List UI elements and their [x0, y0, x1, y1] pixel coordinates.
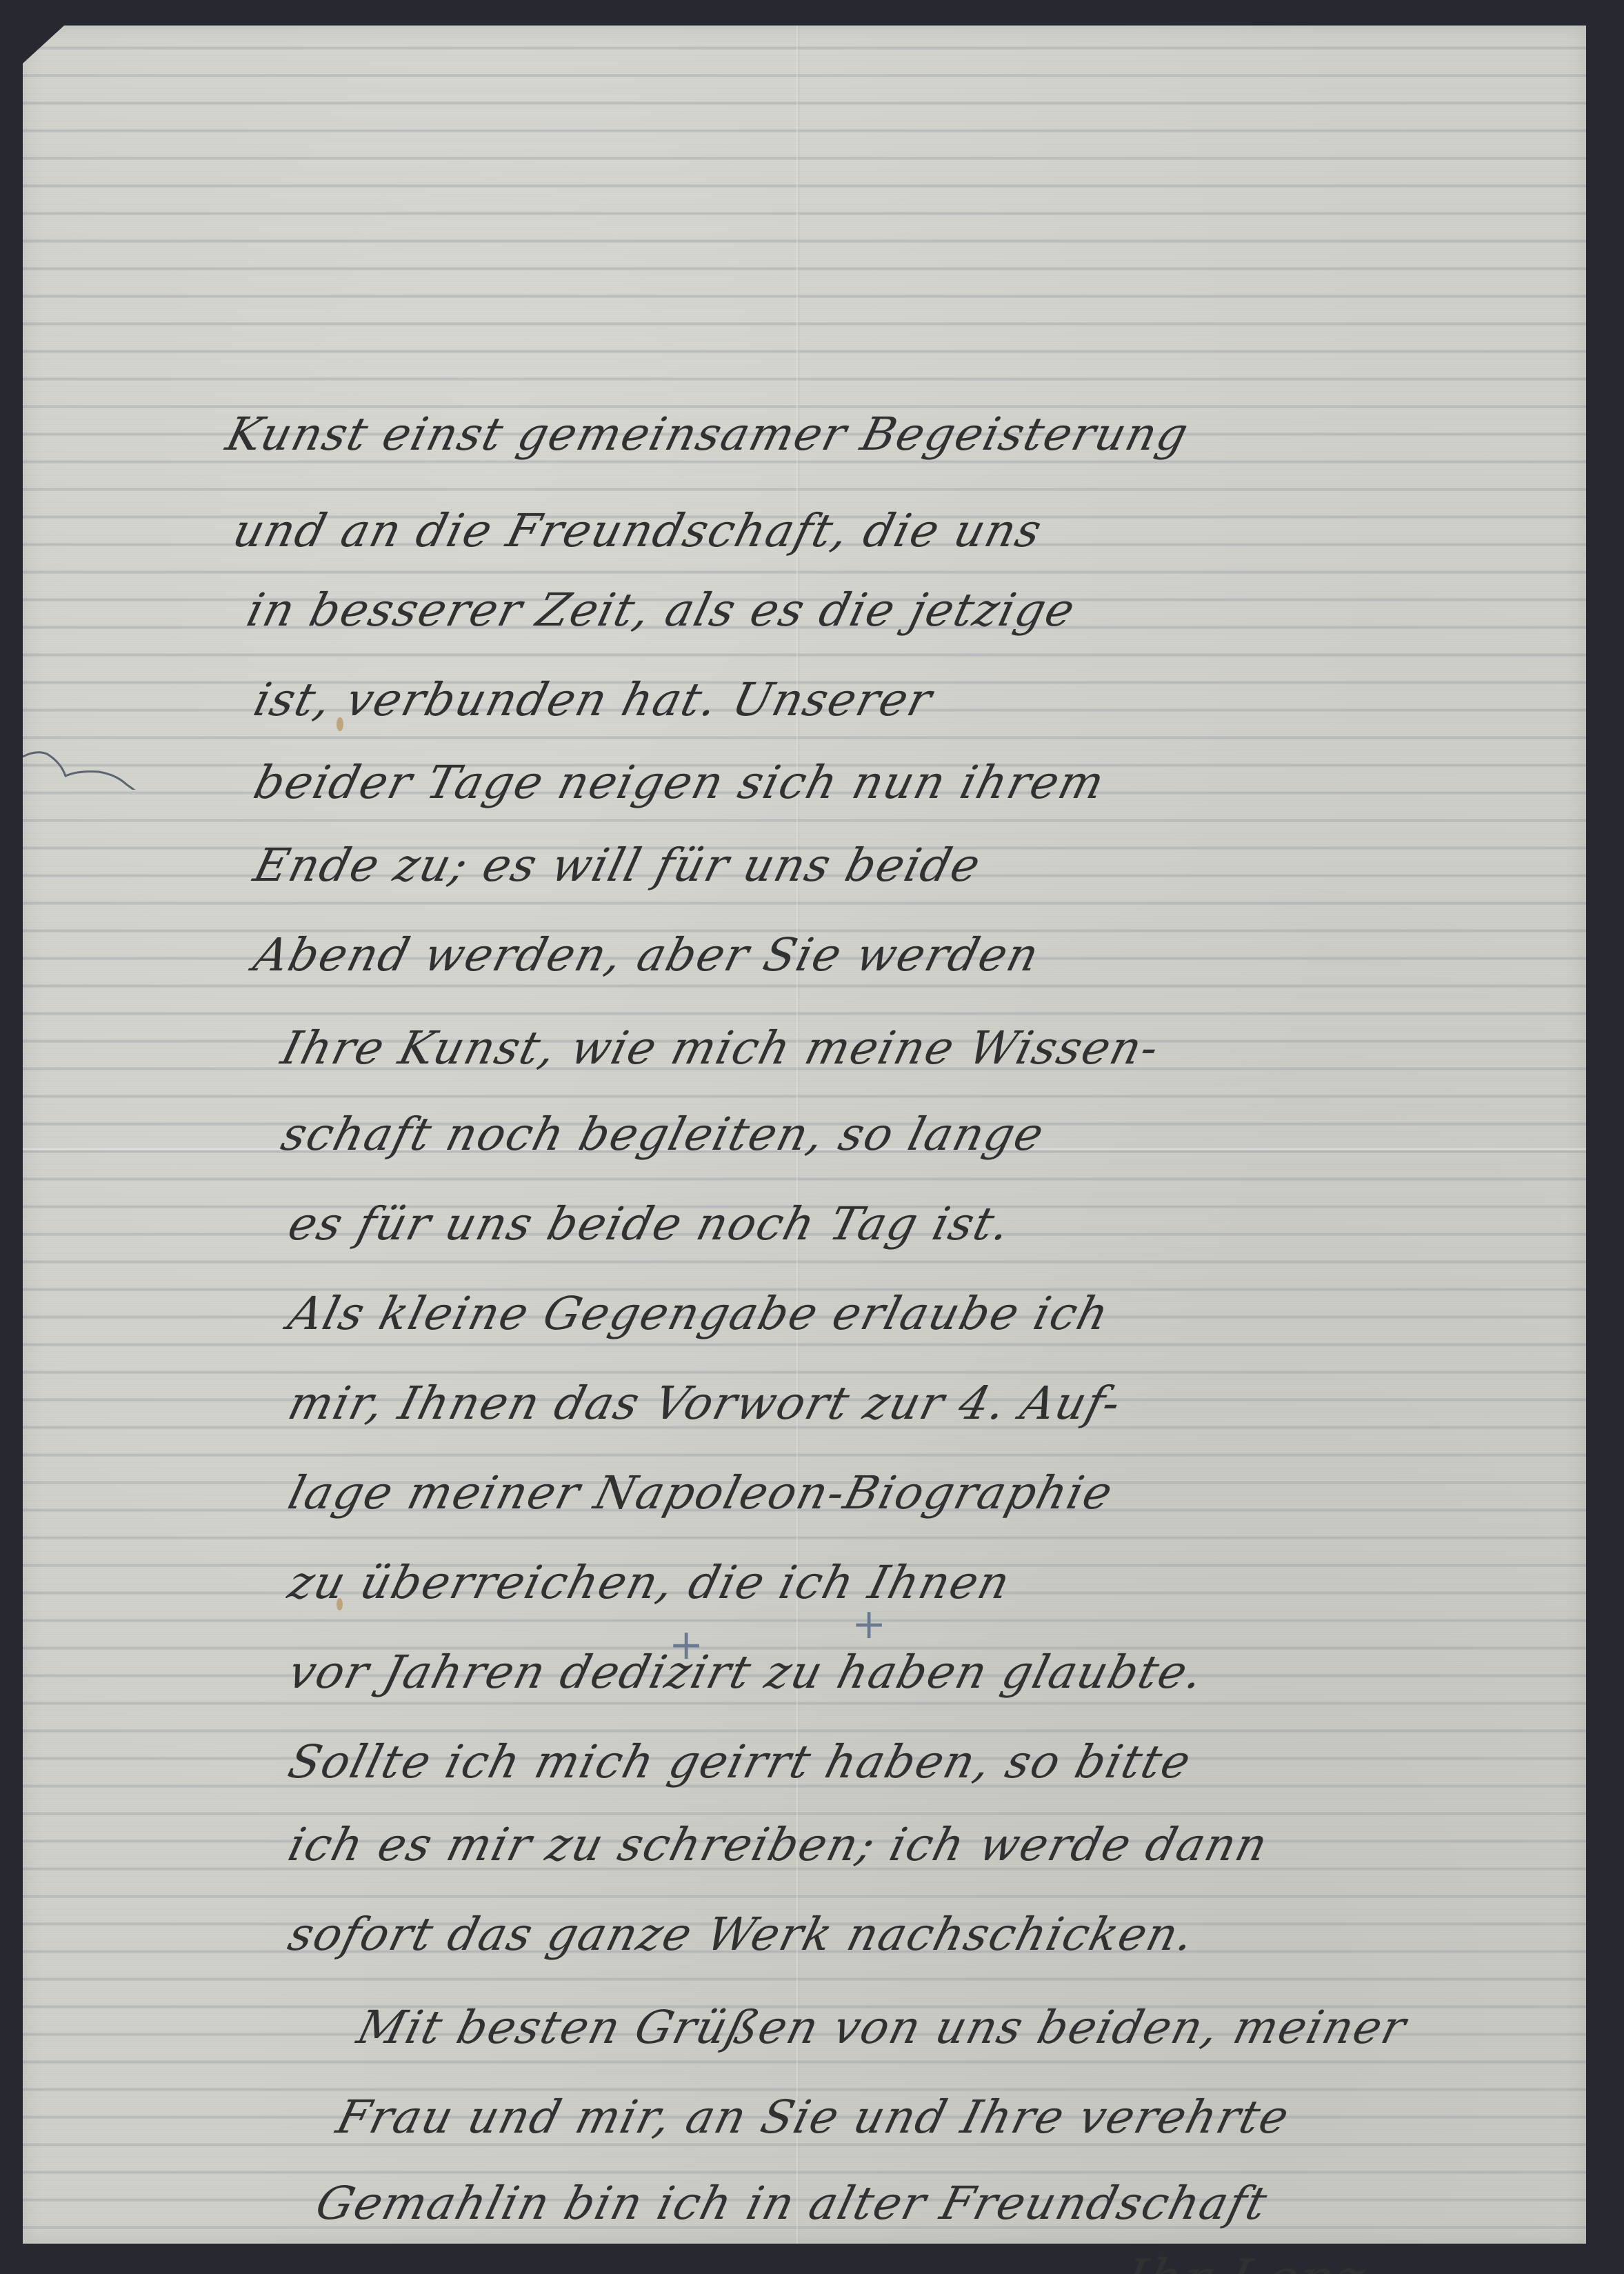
tear-mark-icon [23, 748, 147, 790]
